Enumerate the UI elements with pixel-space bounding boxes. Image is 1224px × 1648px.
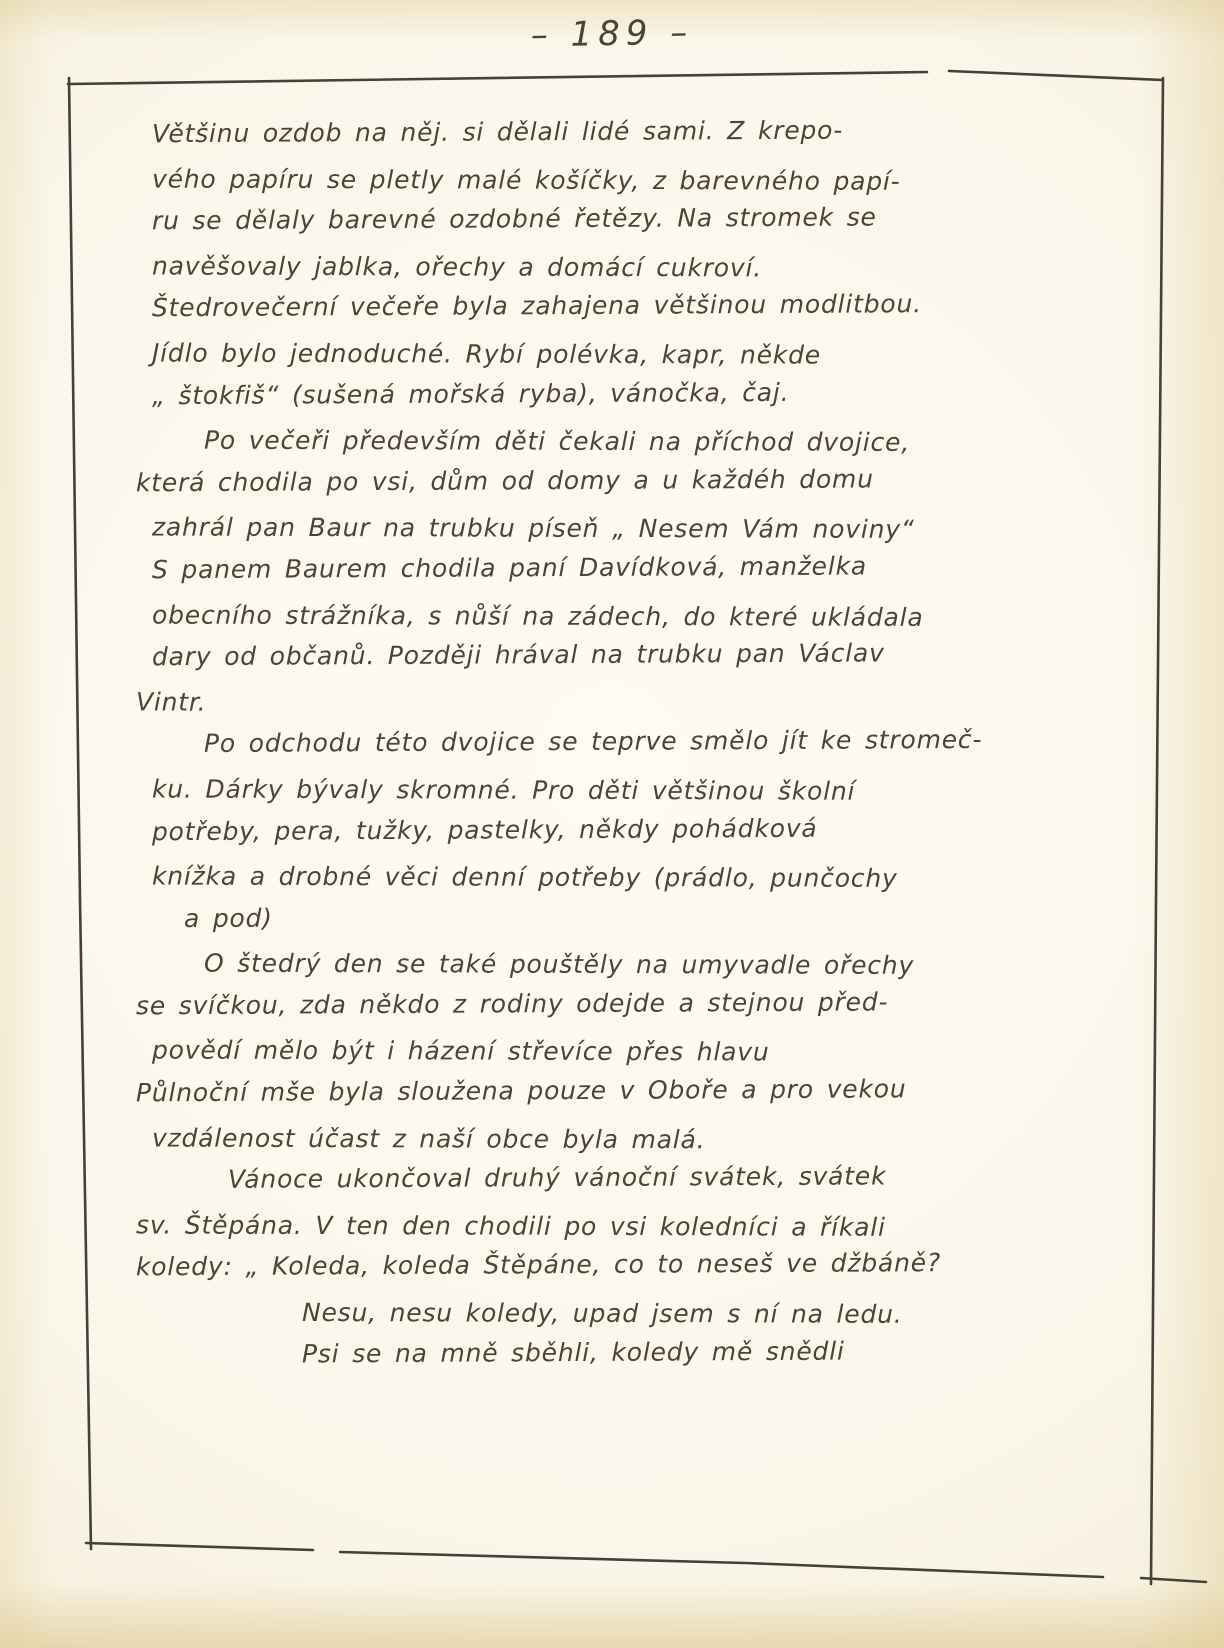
handwritten-line: Vánoce ukončoval druhý vánoční svátek, s… [0, 1160, 1160, 1210]
manuscript-page: – 189 – Většinu ozdob na něj. si dělali … [0, 0, 1224, 1648]
handwritten-line: Většinu ozdob na něj. si dělali lidé sam… [0, 114, 1160, 164]
handwritten-line: a pod) [0, 899, 1160, 949]
handwritten-line: se svíčkou, zda někdo z rodiny odejde a … [0, 986, 1160, 1036]
page-number: – 189 – [0, 3, 1224, 64]
handwritten-text: Většinu ozdob na něj. si dělali lidé sam… [0, 120, 1160, 1384]
handwritten-line: Půlnoční mše byla sloužena pouze v Oboře… [0, 1073, 1160, 1123]
handwritten-line: Štedrovečerní večeře byla zahajena větši… [0, 288, 1160, 338]
handwritten-line: „ štokfiš“ (sušená mořská ryba), vánočka… [0, 375, 1160, 425]
handwritten-line: potřeby, pera, tužky, pastelky, někdy po… [0, 811, 1160, 861]
handwritten-line: dary od občanů. Později hrával na trubku… [0, 637, 1160, 687]
handwritten-line: koledy: „ Koleda, koleda Štěpáne, co to … [0, 1247, 1160, 1297]
handwritten-line: Psi se na mně sběhli, koledy mě snědli [0, 1335, 1160, 1385]
handwritten-line: Po odchodu této dvojice se teprve smělo … [0, 724, 1160, 774]
handwritten-line: S panem Baurem chodila paní Davídková, m… [0, 550, 1160, 600]
handwritten-line: ru se dělaly barevné ozdobné řetězy. Na … [0, 201, 1160, 251]
handwritten-line: která chodila po vsi, dům od domy a u ka… [0, 463, 1160, 513]
